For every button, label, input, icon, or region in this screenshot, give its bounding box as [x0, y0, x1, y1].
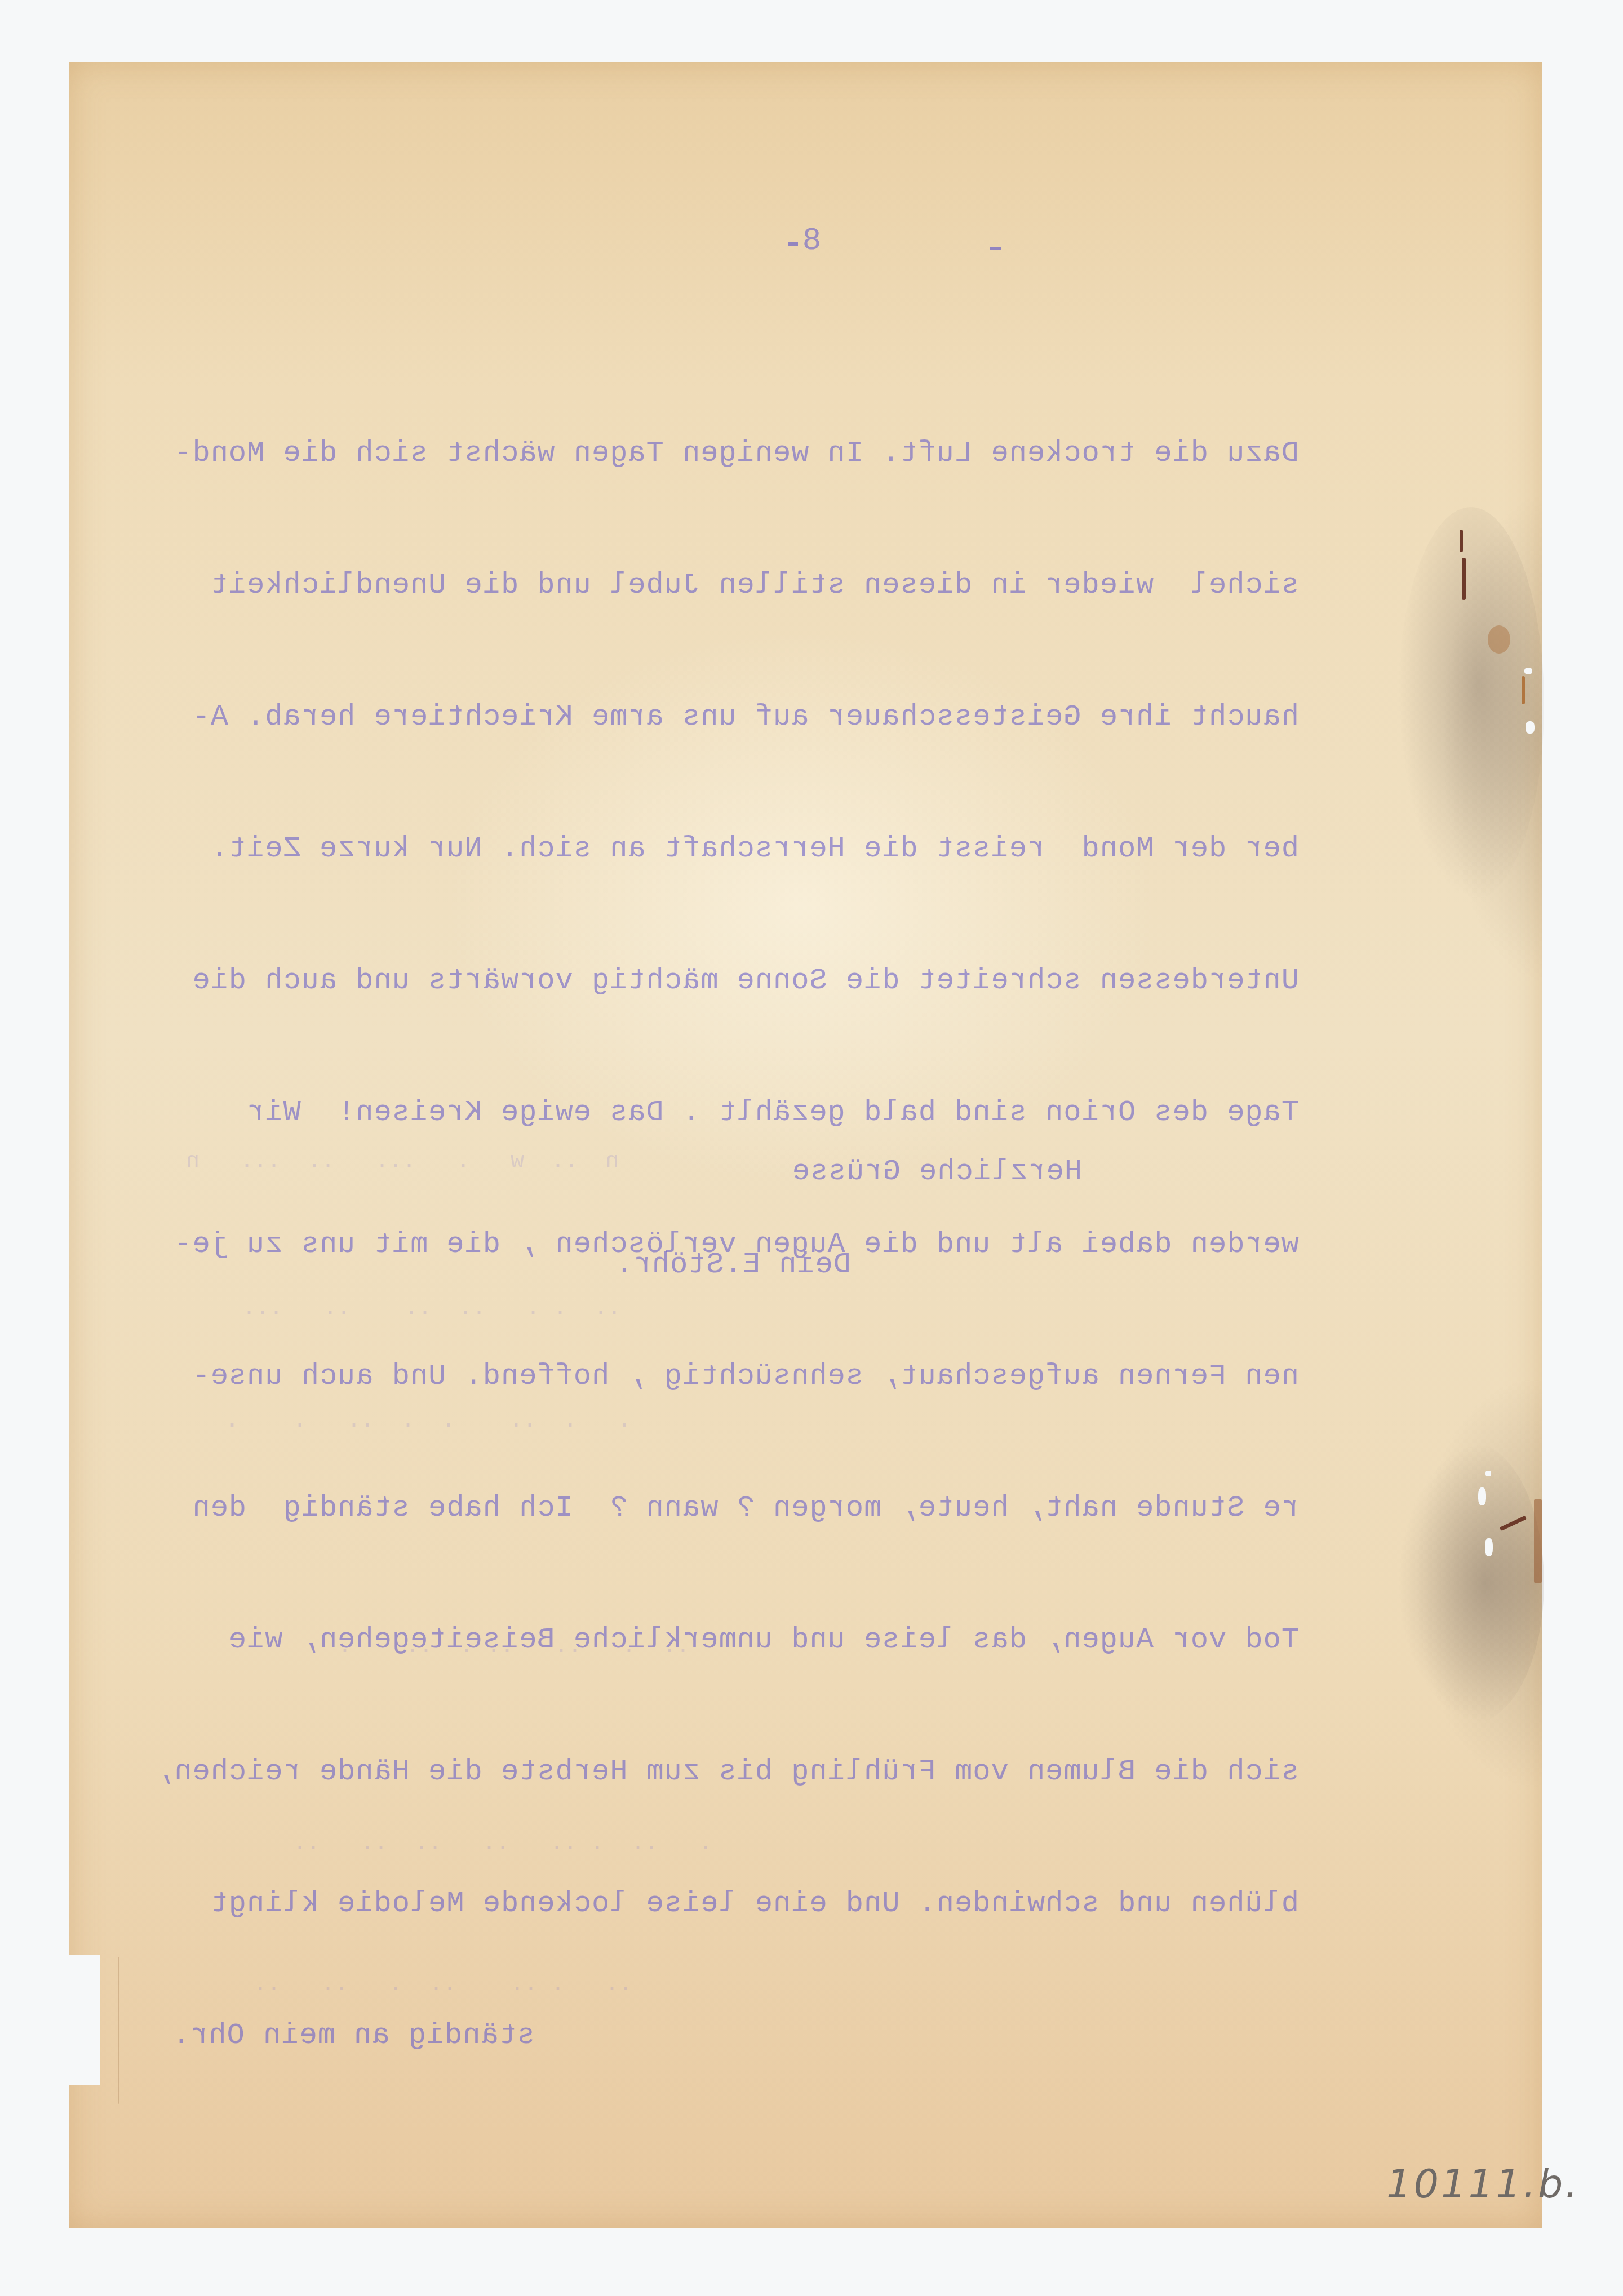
burn-stain-upper	[1398, 507, 1544, 901]
text-line: haucht ihre Geistesschauer auf uns arme …	[172, 695, 1299, 739]
text-line: Dazu die trockene Luft. In wenigen Tagen…	[172, 432, 1299, 476]
rust-spot	[1488, 625, 1510, 654]
burn-hole-4	[1478, 1487, 1486, 1505]
text-line: re Stunde naht, heute, morgen ? wann ? I…	[172, 1486, 1299, 1530]
signature: Dein E.Stöhr.	[456, 1248, 851, 1281]
text-line: ber der Mond reisst die Herrschaft an si…	[172, 827, 1299, 871]
text-line: Tage des Orion sind bald gezählt . Das e…	[172, 1091, 1299, 1135]
burn-hole-2	[1526, 721, 1535, 734]
bleed-through-text: . .. . .. .. .. .. ..	[293, 1831, 712, 1857]
page-number: 8	[0, 223, 1623, 259]
burn-hole-1	[1524, 668, 1532, 674]
burn-slit-1	[1460, 530, 1463, 552]
closing-greeting: Herzliche Grüsse	[665, 1155, 1082, 1188]
text-line: sichel wieder in diesen stillen Jubel un…	[172, 563, 1299, 607]
text-line: blühen und schwinden. Und eine leise loc…	[172, 1882, 1299, 1926]
edge-scorch	[1534, 1499, 1542, 1583]
burn-mark-3	[1522, 676, 1525, 704]
fold-crease	[85, 1957, 119, 2111]
burn-stain-lower	[1398, 1442, 1544, 1724]
text-line: Unterdessen schreitet die Sonne mächtig …	[172, 959, 1299, 1003]
page-marker-dash-right	[990, 247, 1001, 250]
bleed-through-text: .. . .. .. . .. ..	[254, 1972, 632, 1997]
text-line: ständig an mein Ohr.	[172, 2014, 1299, 2058]
bleed-through-text: . . .. . . .. . .	[225, 1409, 631, 1434]
bleed-through-text: n .. w . ... .. ... n	[186, 1149, 619, 1175]
burn-hole-3	[1485, 1471, 1491, 1476]
text-line: nen Fernen aufgeschaut, sehnsüchtig , ho…	[172, 1354, 1299, 1398]
archive-number: 10111.b.	[1386, 2161, 1580, 2207]
text-line: sich die Blumen vom Frühling bis zum Her…	[172, 1750, 1299, 1794]
bleed-through-text: .. . . .. .. .. ...	[242, 1296, 621, 1321]
bleed-through-text: .. . .. .. . .. .	[338, 1634, 690, 1659]
burn-hole-5	[1485, 1538, 1493, 1556]
burn-slit-2	[1462, 558, 1466, 600]
